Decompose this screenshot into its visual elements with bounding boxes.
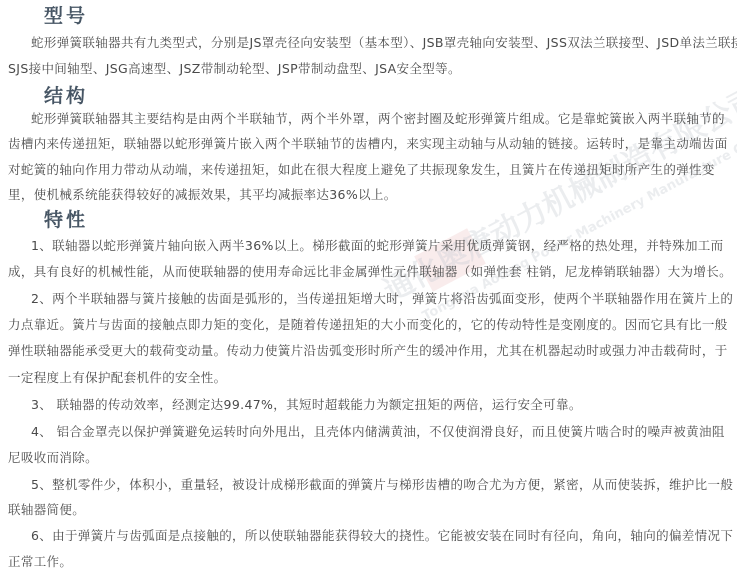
feature-item-4-cont: 尼吸收而消除。 [8,450,98,466]
feature-item-1: 1、联轴器以蛇形弹簧片轴向嵌入两半36%以上。梯形截面的蛇形弹簧片采用优质弹簧钢… [31,238,724,254]
section-heading-structure: 结构 [44,85,88,107]
paragraph-line: 蛇形弹簧联轴器其主要结构是由两个半联轴节，两个半外罩，两个密封圈及蛇形弹簧片组成… [31,111,725,127]
section-heading-features: 特性 [44,209,88,231]
paragraph-line: 对蛇簧的轴向作用力带动从动端，来传递扭矩，如此在很大程度上避免了共振现象发生，且… [8,162,715,178]
paragraph-line: SJS接中间轴型、JSG高速型、JSZ带制动轮型、JSP带制动盘型、JSA安全型… [8,61,461,77]
feature-item-2-cont: 力点靠近。簧片与齿面的接触点即力矩的变化，是随着传递扭矩的大小而变化的，它的传动… [8,317,728,333]
feature-item-2-cont: 弹性联轴器能承受更大的载荷变动量。传动力使簧片沿齿弧变形时所产生的缓冲作用，尤其… [8,343,728,359]
paragraph-line: 里，使机械系统能获得较好的减振效果，其平均减振率达36%以上。 [8,187,397,203]
feature-item-6: 6、由于弹簧片与齿弧面是点接触的，所以使联轴器能获得较大的挠性。它能被安装在同时… [31,528,733,544]
feature-item-2: 2、两个半联轴器与簧片接触的齿面是弧形的，当传递扭矩增大时，弹簧片将沿齿弧面变形… [31,291,733,307]
feature-item-3: 3、 联轴器的传动效率，经测定达99.47%，其短时超载能力为额定扭矩的两倍，运… [31,397,582,413]
feature-item-5-cont: 联轴器简便。 [8,502,85,518]
feature-item-2-cont: 一定程度上有保护配套机件的安全性。 [8,370,226,386]
paragraph-line: 齿槽内来传递扭矩，联轴器以蛇形弹簧片嵌入两个半联轴节的齿槽内，来实现主动轴与从动… [8,136,728,152]
document-page: 通化奥唐动力机械制造有限公司 Tonghua Aotang Power Mach… [0,0,737,570]
feature-item-1-cont: 成，具有良好的机械性能，从而使联轴器的使用寿命远比非金属弹性元件联轴器（如弹性套… [8,264,732,280]
section-heading-model: 型号 [44,5,88,27]
feature-item-5: 5、整机零件少，体积小，重量轻，被设计成梯形截面的弹簧片与梯形齿槽的吻合尤为方便… [31,477,733,493]
paragraph-line: 蛇形弹簧联轴器共有九类型式，分别是JS罩壳径向安装型（基本型）、JSB罩壳轴向安… [31,35,737,51]
feature-item-4: 4、 铝合金罩壳以保护弹簧避免运转时向外甩出，且壳体内储满黄油，不仅使润滑良好，… [31,424,725,440]
feature-item-6-cont: 正常工作。 [8,554,72,570]
